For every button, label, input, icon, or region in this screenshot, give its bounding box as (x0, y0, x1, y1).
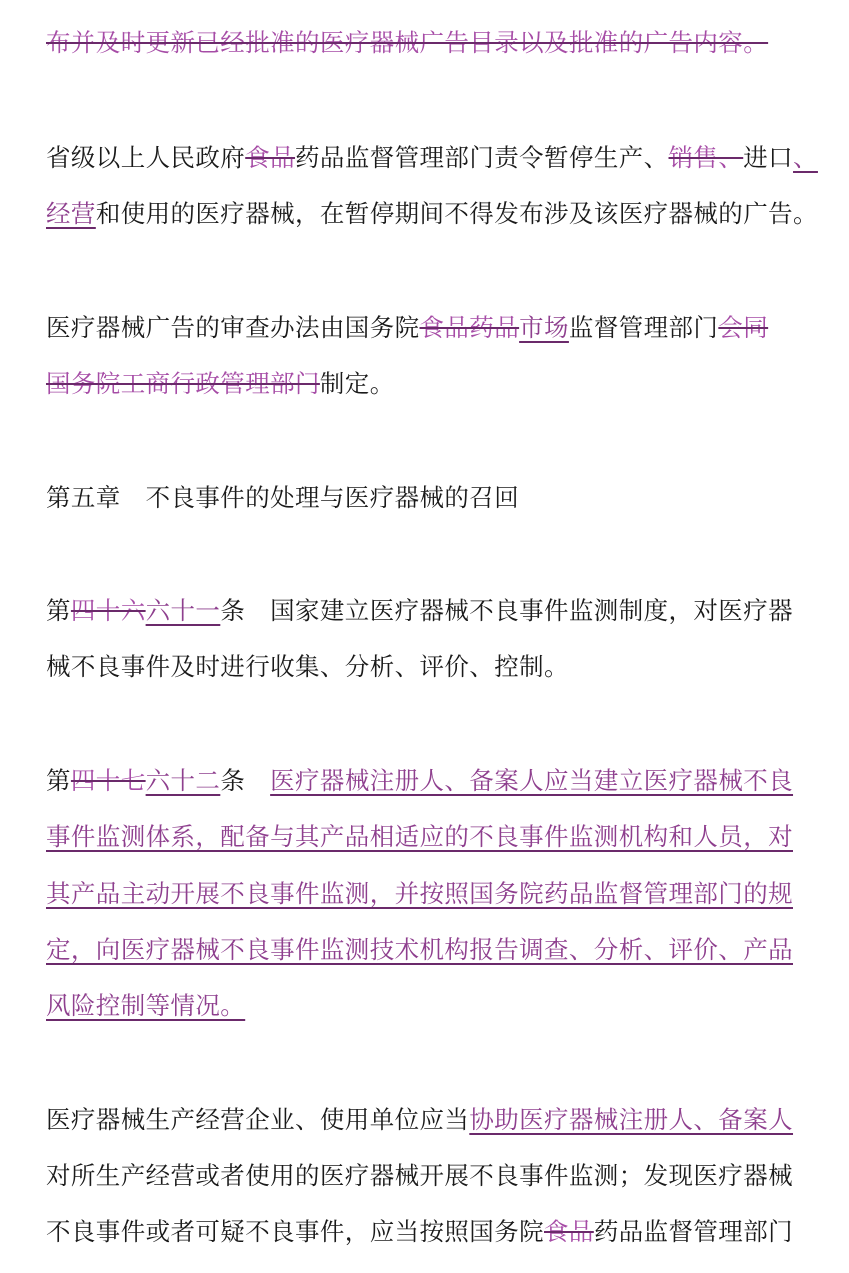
paragraph-enterprises-line-2: 对所生产经营或者使用的医疗器械开展不良事件监测；发现医疗器械 (46, 1161, 793, 1191)
article-62-line-3: 其产品主动开展不良事件监测，并按照国务院药品监督管理部门的规 (46, 879, 793, 909)
body-text: 监督管理部门 (569, 313, 718, 342)
paragraph-enterprises-line-3: 不良事件或者可疑不良事件，应当按照国务院食品药品监督管理部门 (46, 1217, 793, 1247)
inserted-article-number: 六十二 (146, 766, 221, 795)
inserted-text: 定，向医疗器械不良事件监测技术机构报告调查、分析、评价、产品 (46, 935, 793, 964)
body-text: 医疗器械生产经营企业、使用单位应当 (46, 1105, 469, 1134)
inserted-text: 、 (793, 143, 818, 172)
inserted-text: 事件监测体系，配备与其产品相适应的不良事件监测机构和人员，对 (46, 822, 793, 851)
deleted-article-number: 四十六 (71, 596, 146, 625)
deleted-text: 食品药品 (420, 313, 520, 342)
body-text: 械不良事件及时进行收集、分析、评价、控制。 (46, 652, 569, 681)
deleted-text: 食品 (544, 1217, 594, 1246)
deleted-text: 会同 (718, 313, 768, 342)
article-62-line-1: 第四十七六十二条 医疗器械注册人、备案人应当建立医疗器械不良 (46, 766, 793, 796)
body-text: 药品监督管理部门 (594, 1217, 793, 1246)
deleted-text: 国务院工商行政管理部门 (46, 369, 320, 398)
paragraph-suspension-line-1: 省级以上人民政府食品药品监督管理部门责令暂停生产、销售、进口、 (46, 143, 818, 173)
body-text: 制定。 (320, 369, 395, 398)
deleted-text: 布并及时更新已经批准的医疗器械广告目录以及批准的广告内容。 (46, 28, 768, 57)
paragraph-review-measures-line-1: 医疗器械广告的审查办法由国务院食品药品市场监督管理部门会同 (46, 313, 768, 343)
body-text: 第 (46, 596, 71, 625)
article-62-line-5: 风险控制等情况。 (46, 991, 245, 1021)
chapter-title: 第五章 不良事件的处理与医疗器械的召回 (46, 483, 519, 512)
deleted-text: 销售、 (669, 143, 744, 172)
paragraph-ad-catalog-line-1: 布并及时更新已经批准的医疗器械广告目录以及批准的广告内容。 (46, 28, 768, 58)
chapter-heading: 第五章 不良事件的处理与医疗器械的召回 (46, 483, 519, 513)
inserted-text: 市场 (519, 313, 569, 342)
paragraph-enterprises-line-1: 医疗器械生产经营企业、使用单位应当协助医疗器械注册人、备案人 (46, 1105, 793, 1135)
deleted-article-number: 四十七 (71, 766, 146, 795)
body-text: 和使用的医疗器械，在暂停期间不得发布涉及该医疗器械的广告。 (96, 199, 818, 228)
deleted-text: 食品 (245, 143, 295, 172)
inserted-text: 经营 (46, 199, 96, 228)
body-text: 医疗器械广告的审查办法由国务院 (46, 313, 420, 342)
body-text: 对所生产经营或者使用的医疗器械开展不良事件监测；发现医疗器械 (46, 1161, 793, 1190)
body-text: 药品监督管理部门责令暂停生产、 (295, 143, 669, 172)
inserted-text: 协助医疗器械注册人、备案人 (469, 1105, 793, 1134)
article-62-line-2: 事件监测体系，配备与其产品相适应的不良事件监测机构和人员，对 (46, 822, 793, 852)
body-text: 条 国家建立医疗器械不良事件监测制度，对医疗器 (220, 596, 793, 625)
body-text: 进口 (743, 143, 793, 172)
inserted-text: 医疗器械注册人、备案人应当建立医疗器械不良 (270, 766, 793, 795)
article-62-line-4: 定，向医疗器械不良事件监测技术机构报告调查、分析、评价、产品 (46, 935, 793, 965)
body-text: 不良事件或者可疑不良事件，应当按照国务院 (46, 1217, 544, 1246)
inserted-text: 其产品主动开展不良事件监测，并按照国务院药品监督管理部门的规 (46, 879, 793, 908)
paragraph-review-measures-line-2: 国务院工商行政管理部门制定。 (46, 369, 395, 399)
body-text: 省级以上人民政府 (46, 143, 245, 172)
body-text: 第 (46, 766, 71, 795)
inserted-text: 风险控制等情况。 (46, 991, 245, 1020)
paragraph-suspension-line-2: 经营和使用的医疗器械，在暂停期间不得发布涉及该医疗器械的广告。 (46, 199, 818, 229)
article-61-line-1: 第四十六六十一条 国家建立医疗器械不良事件监测制度，对医疗器 (46, 596, 793, 626)
inserted-article-number: 六十一 (146, 596, 221, 625)
body-text: 条 (220, 766, 270, 795)
article-61-line-2: 械不良事件及时进行收集、分析、评价、控制。 (46, 652, 569, 682)
